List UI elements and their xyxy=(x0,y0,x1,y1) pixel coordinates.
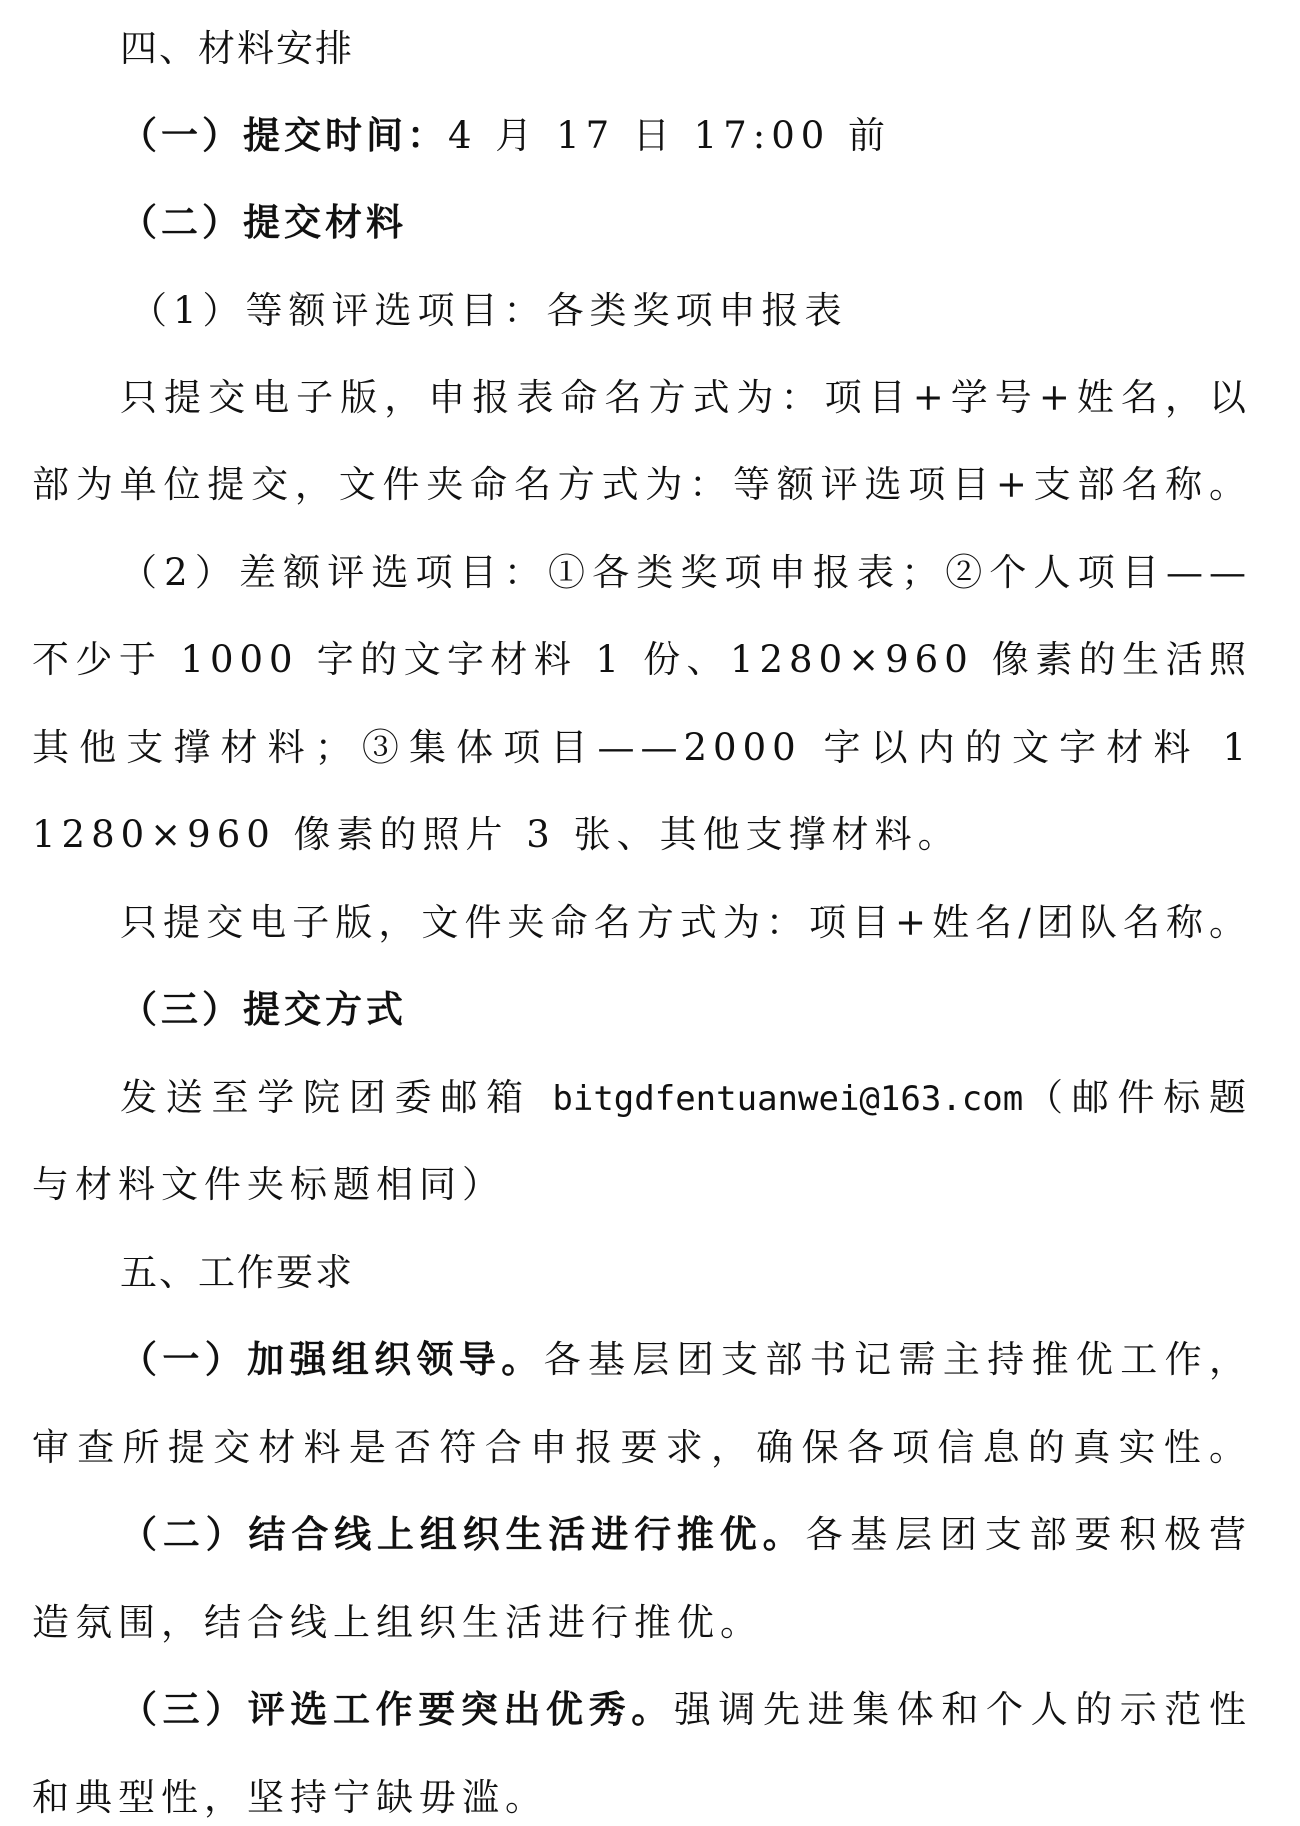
submission-method-line-2: 与材料文件夹标题相同） xyxy=(32,1161,505,1209)
competitive-selection-line-4: 1280×960 像素的照片 3 张、其他支撑材料。 xyxy=(32,811,961,859)
requirement-3-line-1: （三）评选工作要突出优秀。强调先进集体和个人的示范性 xyxy=(120,1686,1252,1734)
submission-time-label: （一）提交时间： xyxy=(120,114,448,157)
competitive-selection-line-3: 其他支撑材料；③集体项目——2000 字以内的文字材料 1 份、 xyxy=(32,724,1252,772)
competitive-selection-line-1: （2）差额评选项目：①各类奖项申报表；②个人项目—— xyxy=(120,549,1252,597)
submission-method-prefix: 发送至学院团委邮箱 xyxy=(120,1076,552,1119)
requirement-3-label: （三）评选工作要突出优秀。 xyxy=(120,1688,674,1731)
submission-method-suffix: （邮件标题 xyxy=(1023,1076,1252,1119)
quota-selection-line-1: 只提交电子版，申报表命名方式为：项目+学号+姓名，以支 xyxy=(120,374,1252,422)
requirement-1-line-1: （一）加强组织领导。各基层团支部书记需主持推优工作， xyxy=(120,1336,1252,1384)
quota-selection-title: （1）等额评选项目：各类奖项申报表 xyxy=(130,287,848,335)
requirement-1-line-2: 审查所提交材料是否符合申报要求，确保各项信息的真实性。 xyxy=(32,1424,1252,1472)
submission-time-value: 4 月 17 日 17:00 前 xyxy=(448,114,891,157)
requirement-1-label: （一）加强组织领导。 xyxy=(120,1338,544,1381)
submission-materials-heading: （二）提交材料 xyxy=(120,199,407,247)
quota-selection-line-2: 部为单位提交，文件夹命名方式为：等额评选项目+支部名称。 xyxy=(32,461,1252,509)
email-link[interactable]: bitgdfentuanwei@163.com xyxy=(552,1079,1023,1119)
competitive-selection-line-5: 只提交电子版，文件夹命名方式为：项目+姓名/团队名称。 xyxy=(120,899,1252,947)
requirement-2-label: （二）结合线上组织生活进行推优。 xyxy=(120,1513,805,1556)
section-heading-requirements: 五、工作要求 xyxy=(120,1249,354,1297)
requirement-2-line-1: （二）结合线上组织生活进行推优。各基层团支部要积极营 xyxy=(120,1511,1252,1559)
submission-method-heading: （三）提交方式 xyxy=(120,986,407,1034)
submission-method-line-1: 发送至学院团委邮箱 bitgdfentuanwei@163.com（邮件标题 xyxy=(120,1074,1252,1122)
competitive-selection-line-2: 不少于 1000 字的文字材料 1 份、1280×960 像素的生活照 1 张、 xyxy=(32,636,1252,684)
requirement-2-line-2: 造氛围，结合线上组织生活进行推优。 xyxy=(32,1599,763,1647)
submission-time-line: （一）提交时间：4 月 17 日 17:00 前 xyxy=(120,112,891,160)
requirement-3-text: 强调先进集体和个人的示范性 xyxy=(674,1688,1252,1731)
requirement-1-text: 各基层团支部书记需主持推优工作， xyxy=(544,1338,1252,1381)
document-page: 四、材料安排 （一）提交时间：4 月 17 日 17:00 前 （二）提交材料 … xyxy=(0,0,1300,1826)
requirement-2-text: 各基层团支部要积极营 xyxy=(805,1513,1252,1556)
requirement-3-line-2: 和典型性，坚持宁缺毋滥。 xyxy=(32,1774,548,1822)
section-heading-materials: 四、材料安排 xyxy=(120,25,354,73)
